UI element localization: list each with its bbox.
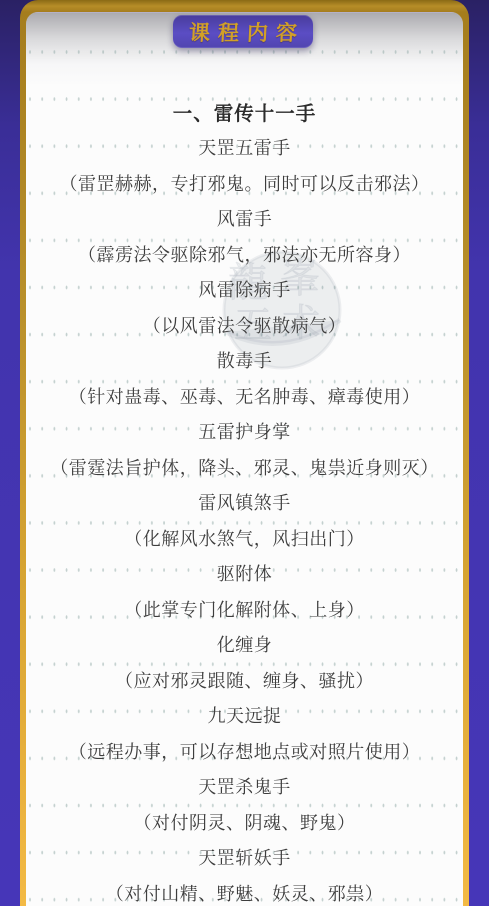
technique-desc: （雷罡赫赫，专打邪鬼。同时可以反击邪法） [26,165,463,201]
header-badge-label: 课程内容 [180,17,306,47]
technique-desc: （应对邪灵跟随、缠身、骚扰） [26,662,463,698]
technique-desc: （远程办事，可以存想地点或对照片使用） [26,733,463,769]
technique-desc: （霹雳法令驱除邪气，邪法亦无所容身） [26,236,463,272]
technique-desc: （以风雷法令驱散病气） [26,307,463,343]
technique-name: 天罡五雷手 [26,130,463,166]
poster-page: { "badge": { "label": "课程内容" }, "content… [0,0,489,906]
technique-name: 风雷手 [26,201,463,237]
technique-desc: （化解风水煞气，风扫出门） [26,520,463,556]
technique-name: 五雷护身掌 [26,414,463,450]
gold-card-frame: 龍 峯 五 术 一、雷传十一手 天罡五雷手 （雷罡赫赫，专打邪鬼。同时可以反击邪… [20,0,469,906]
technique-desc: （雷霆法旨护体，降头、邪灵、鬼祟近身则灭） [26,449,463,485]
technique-name: 驱附体 [26,556,463,592]
technique-desc: （对付山精、野魅、妖灵、邪祟） [26,875,463,906]
section-title: 一、雷传十一手 [26,94,463,130]
technique-name: 风雷除病手 [26,272,463,308]
content-card: 龍 峯 五 术 一、雷传十一手 天罡五雷手 （雷罡赫赫，专打邪鬼。同时可以反击邪… [26,12,463,906]
technique-name: 化缠身 [26,627,463,663]
header-badge: 课程内容 [173,15,313,48]
technique-name: 天罡斩妖手 [26,840,463,876]
technique-desc: （此掌专门化解附体、上身） [26,591,463,627]
technique-name: 九天远捉 [26,698,463,734]
technique-name: 天罡杀鬼手 [26,769,463,805]
technique-name: 雷风镇煞手 [26,485,463,521]
technique-name: 散毒手 [26,343,463,379]
technique-desc: （针对蛊毒、巫毒、无名肿毒、瘴毒使用） [26,378,463,414]
technique-desc: （对付阴灵、阴魂、野鬼） [26,804,463,840]
course-content-list: 一、雷传十一手 天罡五雷手 （雷罡赫赫，专打邪鬼。同时可以反击邪法） 风雷手 （… [26,94,463,906]
